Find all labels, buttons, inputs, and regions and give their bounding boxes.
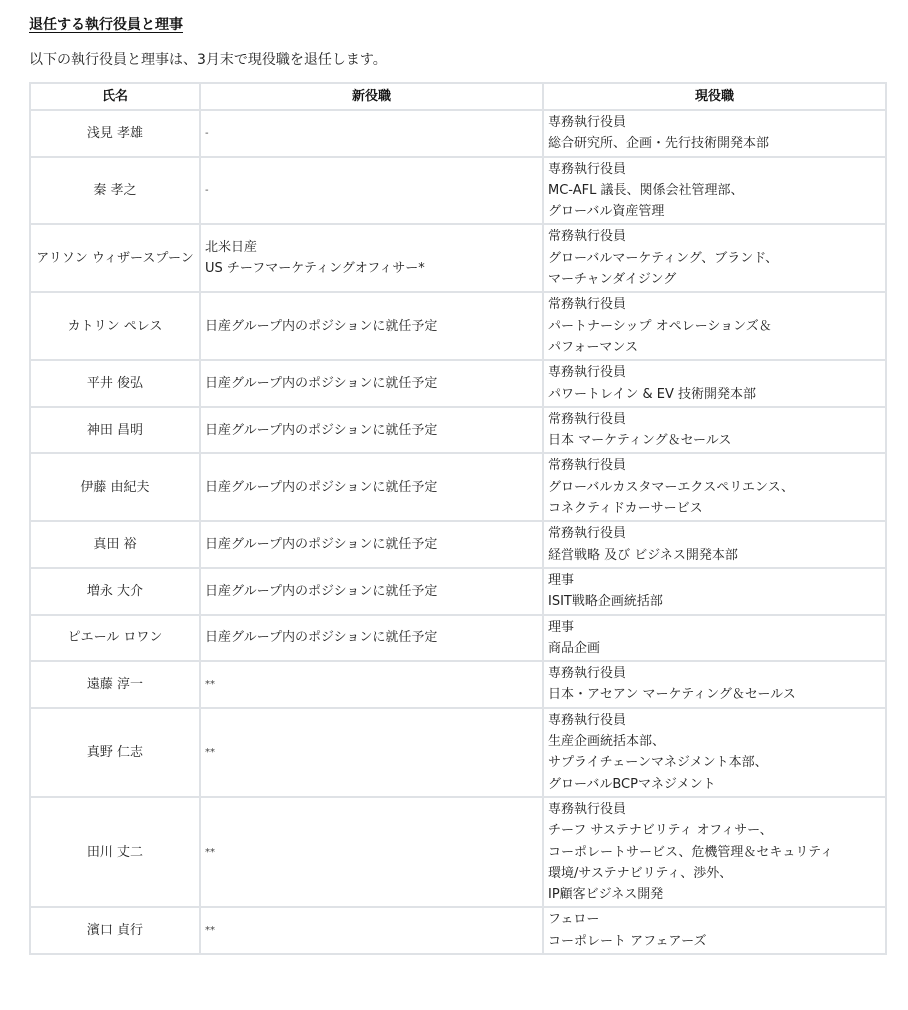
current-position-line: 日本・アセアン マーケティング＆セールス <box>548 684 881 705</box>
name-cell: 真田 裕 <box>30 521 200 568</box>
new-position-cell: - <box>200 157 543 225</box>
executives-table: 氏名 新役職 現役職 浅見 孝雄-専務執行役員総合研究所、企画・先行技術開発本部… <box>29 82 887 955</box>
current-position-line: 日本 マーケティング＆セールス <box>548 430 881 451</box>
name-cell: 遠藤 淳一 <box>30 661 200 708</box>
table-row: 秦 孝之-専務執行役員MC-AFL 議長、関係会社管理部、グローバル資産管理 <box>30 157 886 225</box>
current-position-line: サプライチェーンマネジメント本部、 <box>548 752 881 773</box>
new-position-cell: ** <box>200 708 543 797</box>
name-cell: 濱口 貞行 <box>30 907 200 954</box>
current-position-line: チーフ サステナビリティ オフィサー、 <box>548 820 881 841</box>
current-position-line: 常務執行役員 <box>548 409 881 430</box>
name-cell: 伊藤 由紀夫 <box>30 453 200 521</box>
current-position-line: 常務執行役員 <box>548 294 881 315</box>
current-position-line: コーポレート アフェアーズ <box>548 931 881 952</box>
current-position-line: マーチャンダイジング <box>548 269 881 290</box>
name-cell: 神田 昌明 <box>30 407 200 454</box>
current-position-line: 理事 <box>548 570 881 591</box>
table-row: カトリン ペレス日産グループ内のポジションに就任予定常務執行役員パートナーシップ… <box>30 292 886 360</box>
new-position-line: ** <box>205 842 538 863</box>
table-row: 増永 大介日産グループ内のポジションに就任予定理事ISIT戦略企画統括部 <box>30 568 886 615</box>
new-position-line: 日産グループ内のポジションに就任予定 <box>205 581 538 602</box>
current-position-cell: 専務執行役員チーフ サステナビリティ オフィサー、コーポレートサービス、危機管理… <box>543 797 886 907</box>
current-position-cell: 理事ISIT戦略企画統括部 <box>543 568 886 615</box>
current-position-line: 専務執行役員 <box>548 663 881 684</box>
name-cell: ピエール ロワン <box>30 615 200 662</box>
name-cell: 田川 丈二 <box>30 797 200 907</box>
new-position-line: 日産グループ内のポジションに就任予定 <box>205 316 538 337</box>
new-position-line: 北米日産 <box>205 237 538 258</box>
current-position-line: 常務執行役員 <box>548 226 881 247</box>
current-position-line: パフォーマンス <box>548 337 881 358</box>
new-position-cell: ** <box>200 797 543 907</box>
name-cell: 秦 孝之 <box>30 157 200 225</box>
current-position-line: 理事 <box>548 617 881 638</box>
current-position-line: MC-AFL 議長、関係会社管理部、 <box>548 180 881 201</box>
current-position-line: ISIT戦略企画統括部 <box>548 591 881 612</box>
new-position-cell: 日産グループ内のポジションに就任予定 <box>200 360 543 407</box>
name-cell: 平井 俊弘 <box>30 360 200 407</box>
current-position-line: IP顧客ビジネス開発 <box>548 884 881 905</box>
new-position-line: 日産グループ内のポジションに就任予定 <box>205 534 538 555</box>
table-row: アリソン ウィザースプーン北米日産US チーフマーケティングオフィサー*常務執行… <box>30 224 886 292</box>
current-position-line: 環境/サステナビリティ、渉外、 <box>548 863 881 884</box>
current-position-line: 専務執行役員 <box>548 362 881 383</box>
header-current-position: 現役職 <box>543 83 886 110</box>
current-position-line: コネクティドカーサービス <box>548 498 881 519</box>
new-position-cell: 日産グループ内のポジションに就任予定 <box>200 453 543 521</box>
table-row: 真田 裕日産グループ内のポジションに就任予定常務執行役員経営戦略 及び ビジネス… <box>30 521 886 568</box>
new-position-line: 日産グループ内のポジションに就任予定 <box>205 477 538 498</box>
table-row: 神田 昌明日産グループ内のポジションに就任予定常務執行役員日本 マーケティング＆… <box>30 407 886 454</box>
name-cell: 真野 仁志 <box>30 708 200 797</box>
current-position-line: グローバルカスタマーエクスペリエンス、 <box>548 477 881 498</box>
current-position-line: 専務執行役員 <box>548 799 881 820</box>
current-position-line: フェロー <box>548 909 881 930</box>
table-body: 浅見 孝雄-専務執行役員総合研究所、企画・先行技術開発本部秦 孝之-専務執行役員… <box>30 110 886 954</box>
new-position-cell: - <box>200 110 543 157</box>
current-position-line: グローバルBCPマネジメント <box>548 774 881 795</box>
new-position-line: - <box>205 123 538 144</box>
current-position-line: 常務執行役員 <box>548 523 881 544</box>
current-position-line: 専務執行役員 <box>548 112 881 133</box>
current-position-cell: フェローコーポレート アフェアーズ <box>543 907 886 954</box>
new-position-line: US チーフマーケティングオフィサー* <box>205 258 538 279</box>
intro-text: 以下の執行役員と理事は、3月末で現役職を退任します。 <box>29 49 885 71</box>
current-position-line: グローバルマーケティング、ブランド、 <box>548 248 881 269</box>
table-row: 田川 丈二**専務執行役員チーフ サステナビリティ オフィサー、コーポレートサー… <box>30 797 886 907</box>
new-position-line: ** <box>205 674 538 695</box>
current-position-cell: 専務執行役員生産企画統括本部、サプライチェーンマネジメント本部、グローバルBCP… <box>543 708 886 797</box>
new-position-cell: 日産グループ内のポジションに就任予定 <box>200 407 543 454</box>
current-position-line: 専務執行役員 <box>548 159 881 180</box>
table-row: 浅見 孝雄-専務執行役員総合研究所、企画・先行技術開発本部 <box>30 110 886 157</box>
current-position-line: パワートレイン & EV 技術開発本部 <box>548 384 881 405</box>
current-position-cell: 理事商品企画 <box>543 615 886 662</box>
current-position-cell: 専務執行役員MC-AFL 議長、関係会社管理部、グローバル資産管理 <box>543 157 886 225</box>
current-position-line: 総合研究所、企画・先行技術開発本部 <box>548 133 881 154</box>
new-position-line: ** <box>205 742 538 763</box>
current-position-cell: 常務執行役員パートナーシップ オペレーションズ＆パフォーマンス <box>543 292 886 360</box>
current-position-line: 経営戦略 及び ビジネス開発本部 <box>548 545 881 566</box>
table-row: 遠藤 淳一**専務執行役員日本・アセアン マーケティング＆セールス <box>30 661 886 708</box>
new-position-line: 日産グループ内のポジションに就任予定 <box>205 420 538 441</box>
current-position-cell: 常務執行役員日本 マーケティング＆セールス <box>543 407 886 454</box>
name-cell: カトリン ペレス <box>30 292 200 360</box>
current-position-line: グローバル資産管理 <box>548 201 881 222</box>
new-position-line: ** <box>205 920 538 941</box>
new-position-cell: 日産グループ内のポジションに就任予定 <box>200 615 543 662</box>
name-cell: 浅見 孝雄 <box>30 110 200 157</box>
current-position-cell: 専務執行役員日本・アセアン マーケティング＆セールス <box>543 661 886 708</box>
new-position-line: 日産グループ内のポジションに就任予定 <box>205 627 538 648</box>
new-position-line: - <box>205 180 538 201</box>
table-row: 平井 俊弘日産グループ内のポジションに就任予定専務執行役員パワートレイン & E… <box>30 360 886 407</box>
current-position-line: コーポレートサービス、危機管理＆セキュリティ <box>548 842 881 863</box>
current-position-line: パートナーシップ オペレーションズ＆ <box>548 316 881 337</box>
name-cell: 増永 大介 <box>30 568 200 615</box>
current-position-line: 生産企画統括本部、 <box>548 731 881 752</box>
table-header-row: 氏名 新役職 現役職 <box>30 83 886 110</box>
new-position-cell: ** <box>200 661 543 708</box>
new-position-cell: 日産グループ内のポジションに就任予定 <box>200 292 543 360</box>
header-new-position: 新役職 <box>200 83 543 110</box>
section-title: 退任する執行役員と理事 <box>29 14 885 36</box>
new-position-cell: 日産グループ内のポジションに就任予定 <box>200 568 543 615</box>
new-position-cell: ** <box>200 907 543 954</box>
current-position-cell: 常務執行役員グローバルカスタマーエクスペリエンス、コネクティドカーサービス <box>543 453 886 521</box>
current-position-line: 専務執行役員 <box>548 710 881 731</box>
current-position-cell: 専務執行役員総合研究所、企画・先行技術開発本部 <box>543 110 886 157</box>
current-position-line: 商品企画 <box>548 638 881 659</box>
header-name: 氏名 <box>30 83 200 110</box>
name-cell: アリソン ウィザースプーン <box>30 224 200 292</box>
table-row: 濱口 貞行**フェローコーポレート アフェアーズ <box>30 907 886 954</box>
table-row: ピエール ロワン日産グループ内のポジションに就任予定理事商品企画 <box>30 615 886 662</box>
current-position-cell: 常務執行役員経営戦略 及び ビジネス開発本部 <box>543 521 886 568</box>
current-position-cell: 専務執行役員パワートレイン & EV 技術開発本部 <box>543 360 886 407</box>
retiring-executives-section: 退任する執行役員と理事 以下の執行役員と理事は、3月末で現役職を退任します。 氏… <box>29 14 885 955</box>
current-position-cell: 常務執行役員グローバルマーケティング、ブランド、マーチャンダイジング <box>543 224 886 292</box>
table-row: 真野 仁志**専務執行役員生産企画統括本部、サプライチェーンマネジメント本部、グ… <box>30 708 886 797</box>
new-position-line: 日産グループ内のポジションに就任予定 <box>205 373 538 394</box>
table-row: 伊藤 由紀夫日産グループ内のポジションに就任予定常務執行役員グローバルカスタマー… <box>30 453 886 521</box>
new-position-cell: 北米日産US チーフマーケティングオフィサー* <box>200 224 543 292</box>
current-position-line: 常務執行役員 <box>548 455 881 476</box>
new-position-cell: 日産グループ内のポジションに就任予定 <box>200 521 543 568</box>
